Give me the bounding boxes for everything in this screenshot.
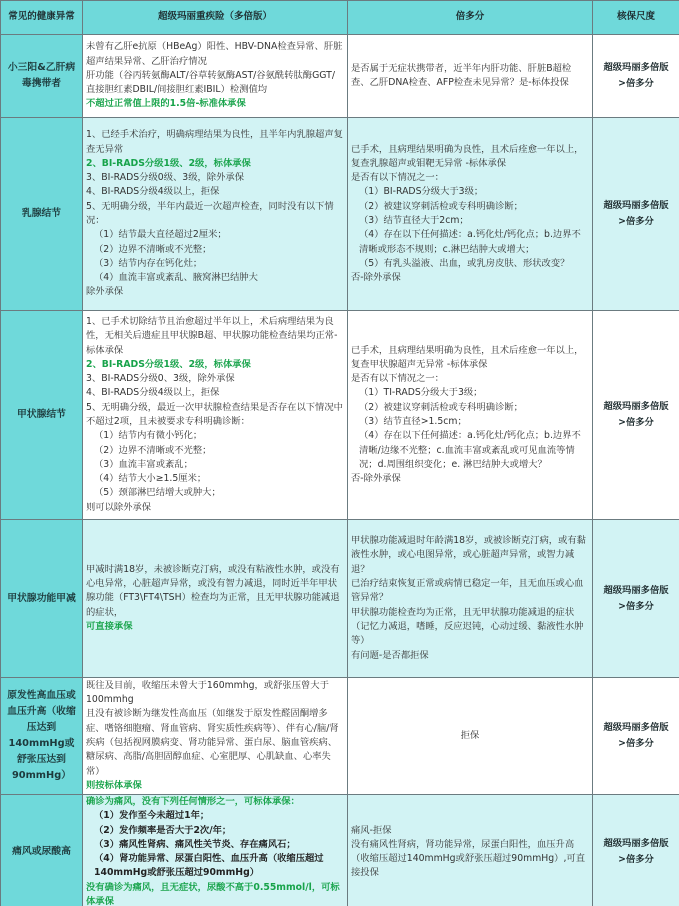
scope-line: 超级玛丽多倍版 [596,198,676,214]
criteria-line: （4）结节大小≥1.5厘米； [86,472,344,486]
condition-name: 乳腺结节 [1,118,83,311]
super-mary-criteria: 未曾有乙肝e抗原（HBeAg）阳性、HBV-DNA检查异常、肝脏超声结果异常、乙… [83,35,348,118]
beiduofen-criteria: 已手术，且病理结果明确为良性，且术后痊愈一年以上，复查乳腺超声或钼靶无异常 -标… [348,118,593,311]
criteria-line: （1）结节最大直径超过2厘米； [86,228,344,242]
scope-line: 超级玛丽多倍版 [596,720,676,736]
criteria-line: （4）血流丰富或紊乱、腋窝淋巴结肿大 [86,271,344,285]
criteria-line: （5）有乳头溢液、出血，或乳房皮肤、形状改变？ [351,257,589,271]
beiduofen-criteria: 痛风-拒保没有痛风性肾病，肾功能异常，尿蛋白阳性，血压升高（收缩压超过140mm… [348,795,593,906]
criteria-line: （2）发作频率是否大于2次/年； [86,824,344,838]
highlighted-criteria-line: 不超过正常值上限的1.5倍-标准体承保 [86,97,344,111]
super-mary-criteria: 甲减时满18岁，未被诊断克汀病，或没有粘液性水肿，或没有心电异常，心脏超声异常，… [83,520,348,678]
criteria-line: （2）被建议穿刺活检或专科明确诊断； [351,200,589,214]
underwriting-scope: 超级玛丽多倍版>倍多分 [593,311,679,520]
header-underwriting-scope: 核保尺度 [593,1,679,35]
criteria-line: （1）TI-RADS分级大于3级； [351,386,589,400]
criteria-line: 已手术，且病理结果明确为良性，且术后痊愈一年以上，复查甲状腺超声无异常 -标体承… [351,344,589,373]
super-mary-criteria: 1、已经手术治疗，明确病理结果为良性，且半年内乳腺超声复查无异常2、BI-RAD… [83,118,348,311]
beiduofen-criteria: 已手术，且病理结果明确为良性，且术后痊愈一年以上，复查甲状腺超声无异常 -标体承… [348,311,593,520]
table-row: 甲状腺结节1、已手术切除结节且治愈超过半年以上，术后病理结果为良性，无相关后遗症… [1,311,679,520]
criteria-line: （1）结节内有微小钙化； [86,429,344,443]
criteria-line: 是否有以下情况之一： [351,171,589,185]
underwriting-scope: 超级玛丽多倍版>倍多分 [593,678,679,795]
criteria-line: 拒保 [351,729,589,743]
underwriting-comparison-table: 常见的健康异常 超级玛丽重疾险（多倍版） 倍多分 核保尺度 小三阳&乙肝病毒携带… [0,0,679,906]
criteria-line: （4）存在以下任何描述：a.钙化灶/钙化点；b.边界不清晰/边缘不光整；c.血流… [351,429,589,472]
criteria-line: 有问题-是否都拒保 [351,649,589,663]
scope-line: >倍多分 [596,76,676,92]
scope-line: >倍多分 [596,599,676,615]
criteria-line: （4）肾功能异常、尿蛋白阳性、血压升高（收缩压超过140mmHg或舒张压超过90… [86,852,344,881]
condition-name: 痛风或尿酸高 [1,795,83,906]
highlighted-criteria-line: 2、BI-RADS分级1级、2级，标体承保 [86,358,344,372]
criteria-line: 既往及目前，收缩压未曾大于160mmhg，或舒张压曾大于100mmhg [86,679,344,708]
criteria-line: （3）结节直径大于2cm； [351,214,589,228]
criteria-line: 4、BI-RADS分级4级以上，拒保 [86,386,344,400]
criteria-line: （1）发作至今未超过1年； [86,809,344,823]
highlighted-criteria-line: 可直接承保 [86,620,344,634]
criteria-line: 是否属于无症状携带者，近半年内肝功能、肝脏B超检查、乙肝DNA检查、AFP检查未… [351,62,589,91]
criteria-line: （2）边界不清晰或不光整； [86,444,344,458]
header-super-mary: 超级玛丽重疾险（多倍版） [83,1,348,35]
table-row: 痛风或尿酸高确诊为痛风，没有下列任何情形之一，可标体承保：（1）发作至今未超过1… [1,795,679,906]
criteria-line: （2）边界不清晰或不光整； [86,243,344,257]
table-row: 甲状腺功能甲减甲减时满18岁，未被诊断克汀病，或没有粘液性水肿，或没有心电异常，… [1,520,679,678]
underwriting-scope: 超级玛丽多倍版>倍多分 [593,795,679,906]
criteria-line: 5、无明确分级，最近一次甲状腺检查结果是否存在以下情况中不超过2项，且未被要求专… [86,401,344,430]
criteria-line: （2）被建议穿刺活检或专科明确诊断； [351,401,589,415]
criteria-line: 3、BI-RADS分级0级、3级，除外承保 [86,171,344,185]
table-row: 小三阳&乙肝病毒携带者未曾有乙肝e抗原（HBeAg）阳性、HBV-DNA检查异常… [1,35,679,118]
table-header-row: 常见的健康异常 超级玛丽重疾险（多倍版） 倍多分 核保尺度 [1,1,679,35]
highlighted-criteria-line: 没有确诊为痛风，且无症状，尿酸不高于0.55mmol/l，可标体承保 [86,881,344,906]
scope-line: >倍多分 [596,736,676,752]
criteria-line: 甲状腺功能减退时年龄满18岁，或被诊断克汀病，或有黏液性水肿，或心电图异常，或心… [351,534,589,577]
criteria-line: （3）结节内存在钙化灶； [86,257,344,271]
header-beiduofen: 倍多分 [348,1,593,35]
criteria-line: （1）BI-RADS分级大于3级； [351,185,589,199]
criteria-line: 是否有以下情况之一： [351,372,589,386]
scope-line: 超级玛丽多倍版 [596,836,676,852]
table-row: 原发性高血压或血压升高（收缩压达到140mmHg或舒张压达到90mmHg）既往及… [1,678,679,795]
criteria-line: 否-除外承保 [351,472,589,486]
criteria-line: 3、BI-RADS分级0、3级，除外承保 [86,372,344,386]
beiduofen-criteria: 甲状腺功能减退时年龄满18岁，或被诊断克汀病，或有黏液性水肿，或心电图异常，或心… [348,520,593,678]
scope-line: >倍多分 [596,214,676,230]
criteria-line: （3）血流丰富或紊乱； [86,458,344,472]
super-mary-criteria: 确诊为痛风，没有下列任何情形之一，可标体承保：（1）发作至今未超过1年；（2）发… [83,795,348,906]
criteria-line: 4、BI-RADS分级4级以上，拒保 [86,185,344,199]
criteria-line: 肝功能（谷丙转氨酶ALT/谷草转氨酶AST/谷氨酰转肽酶GGT/直接胆红素DBI… [86,69,344,98]
scope-line: 超级玛丽多倍版 [596,583,676,599]
criteria-line: 已治疗结束恢复正常或病情已稳定一年，且无血压或心血管异常？ [351,577,589,606]
condition-name: 甲状腺结节 [1,311,83,520]
underwriting-scope: 超级玛丽多倍版>倍多分 [593,520,679,678]
criteria-line: 除外承保 [86,285,344,299]
table-row: 乳腺结节1、已经手术治疗，明确病理结果为良性，且半年内乳腺超声复查无异常2、BI… [1,118,679,311]
criteria-line: 5、无明确分级，半年内最近一次超声检查，同时没有以下情况： [86,200,344,229]
highlighted-criteria-line: 2、BI-RADS分级1级、2级，标体承保 [86,157,344,171]
criteria-line: 则可以除外承保 [86,501,344,515]
condition-name: 甲状腺功能甲减 [1,520,83,678]
criteria-line: （3）痛风性肾病、痛风性关节炎、存在痛风石； [86,838,344,852]
criteria-line: 否-除外承保 [351,271,589,285]
criteria-line: 1、已手术切除结节且治愈超过半年以上，术后病理结果为良性，无相关后遗症且甲状腺B… [86,315,344,358]
scope-line: 超级玛丽多倍版 [596,60,676,76]
criteria-line: 没有痛风性肾病，肾功能异常，尿蛋白阳性，血压升高（收缩压超过140mmHg或舒张… [351,838,589,881]
scope-line: 超级玛丽多倍版 [596,399,676,415]
criteria-line: 甲减时满18岁，未被诊断克汀病，或没有粘液性水肿，或没有心电异常，心脏超声异常，… [86,563,344,620]
underwriting-scope: 超级玛丽多倍版>倍多分 [593,35,679,118]
scope-line: >倍多分 [596,852,676,868]
super-mary-criteria: 1、已手术切除结节且治愈超过半年以上，术后病理结果为良性，无相关后遗症且甲状腺B… [83,311,348,520]
criteria-line: （3）结节直径>1.5cm； [351,415,589,429]
criteria-line: 未曾有乙肝e抗原（HBeAg）阳性、HBV-DNA检查异常、肝脏超声结果异常、乙… [86,40,344,69]
highlighted-criteria-line: 则按标体承保 [86,779,344,793]
criteria-line: （4）存在以下任何描述：a.钙化灶/钙化点；b.边界不清晰或形态不规则；c.淋巴… [351,228,589,257]
criteria-line: （5）颈部淋巴结增大或肿大； [86,486,344,500]
highlighted-criteria-line: 确诊为痛风，没有下列任何情形之一，可标体承保： [86,795,344,809]
condition-name: 原发性高血压或血压升高（收缩压达到140mmHg或舒张压达到90mmHg） [1,678,83,795]
criteria-line: 1、已经手术治疗，明确病理结果为良性，且半年内乳腺超声复查无异常 [86,128,344,157]
beiduofen-criteria: 是否属于无症状携带者，近半年内肝功能、肝脏B超检查、乙肝DNA检查、AFP检查未… [348,35,593,118]
scope-line: >倍多分 [596,415,676,431]
header-health-condition: 常见的健康异常 [1,1,83,35]
criteria-line: 已手术，且病理结果明确为良性，且术后痊愈一年以上，复查乳腺超声或钼靶无异常 -标… [351,143,589,172]
underwriting-scope: 超级玛丽多倍版>倍多分 [593,118,679,311]
beiduofen-criteria: 拒保 [348,678,593,795]
criteria-line: 痛风-拒保 [351,824,589,838]
super-mary-criteria: 既往及目前，收缩压未曾大于160mmhg，或舒张压曾大于100mmhg且没有被诊… [83,678,348,795]
criteria-line: 甲状腺功能检查均为正常，且无甲状腺功能减退的症状（记忆力减退，嗜睡，反应迟钝，心… [351,606,589,649]
condition-name: 小三阳&乙肝病毒携带者 [1,35,83,118]
criteria-line: 且没有被诊断为继发性高血压（如继发于原发性醛固酮增多症、嗜铬细胞瘤、肾血管病、肾… [86,707,344,778]
